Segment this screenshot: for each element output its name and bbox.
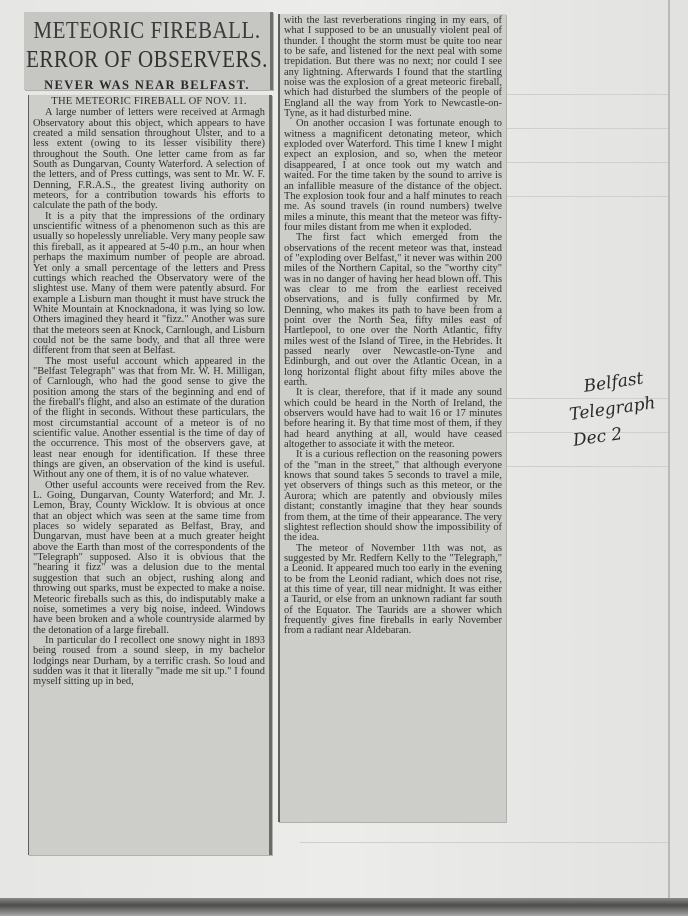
ruled-line [300,842,668,843]
article-paragraph: It is clear, therefore, that if it made … [284,388,502,450]
ruled-line [500,466,668,467]
handwritten-annotation: Belfast Telegraph Dec 2 [582,363,672,451]
article-paragraph: A large number of letters were received … [33,108,265,211]
article-paragraph: In particular do I recollect one snowy n… [33,636,265,688]
article-paragraph: Other useful accounts were received from… [33,481,265,636]
ruled-line [500,128,668,129]
ruled-line [500,94,668,95]
article-paragraph: with the last reverberations ringing in … [284,16,502,119]
article-paragraph: It is a pity that the impressions of the… [33,212,265,357]
headline-clipping: METEORIC FIREBALL. ERROR OF OBSERVERS. N… [24,12,273,90]
ruled-line [500,162,668,163]
ruled-line [500,196,668,197]
headline-subtitle: ERROR OF OBSERVERS. [24,45,270,74]
article-paragraph: The first fact which emerged from the ob… [284,233,502,388]
article-paragraph: On another occasion I was fortunate enou… [284,119,502,233]
headline-title: METEORIC FIREBALL. [24,16,270,45]
article-paragraph: The meteor of November 11th was not, as … [284,544,502,637]
headline-deck: NEVER WAS NEAR BELFAST. [24,78,270,93]
article-left-column: THE METEORIC FIREBALL OF NOV. 11. A larg… [28,95,272,855]
article-right-column: with the last reverberations ringing in … [278,14,506,822]
article-paragraph: It is a curious reflection on the reason… [284,450,502,543]
article-paragraph: The most useful account which appeared i… [33,357,265,481]
article-subheading: THE METEORIC FIREBALL OF NOV. 11. [33,97,265,107]
page-edge [0,898,688,916]
margin-rule [668,0,670,898]
